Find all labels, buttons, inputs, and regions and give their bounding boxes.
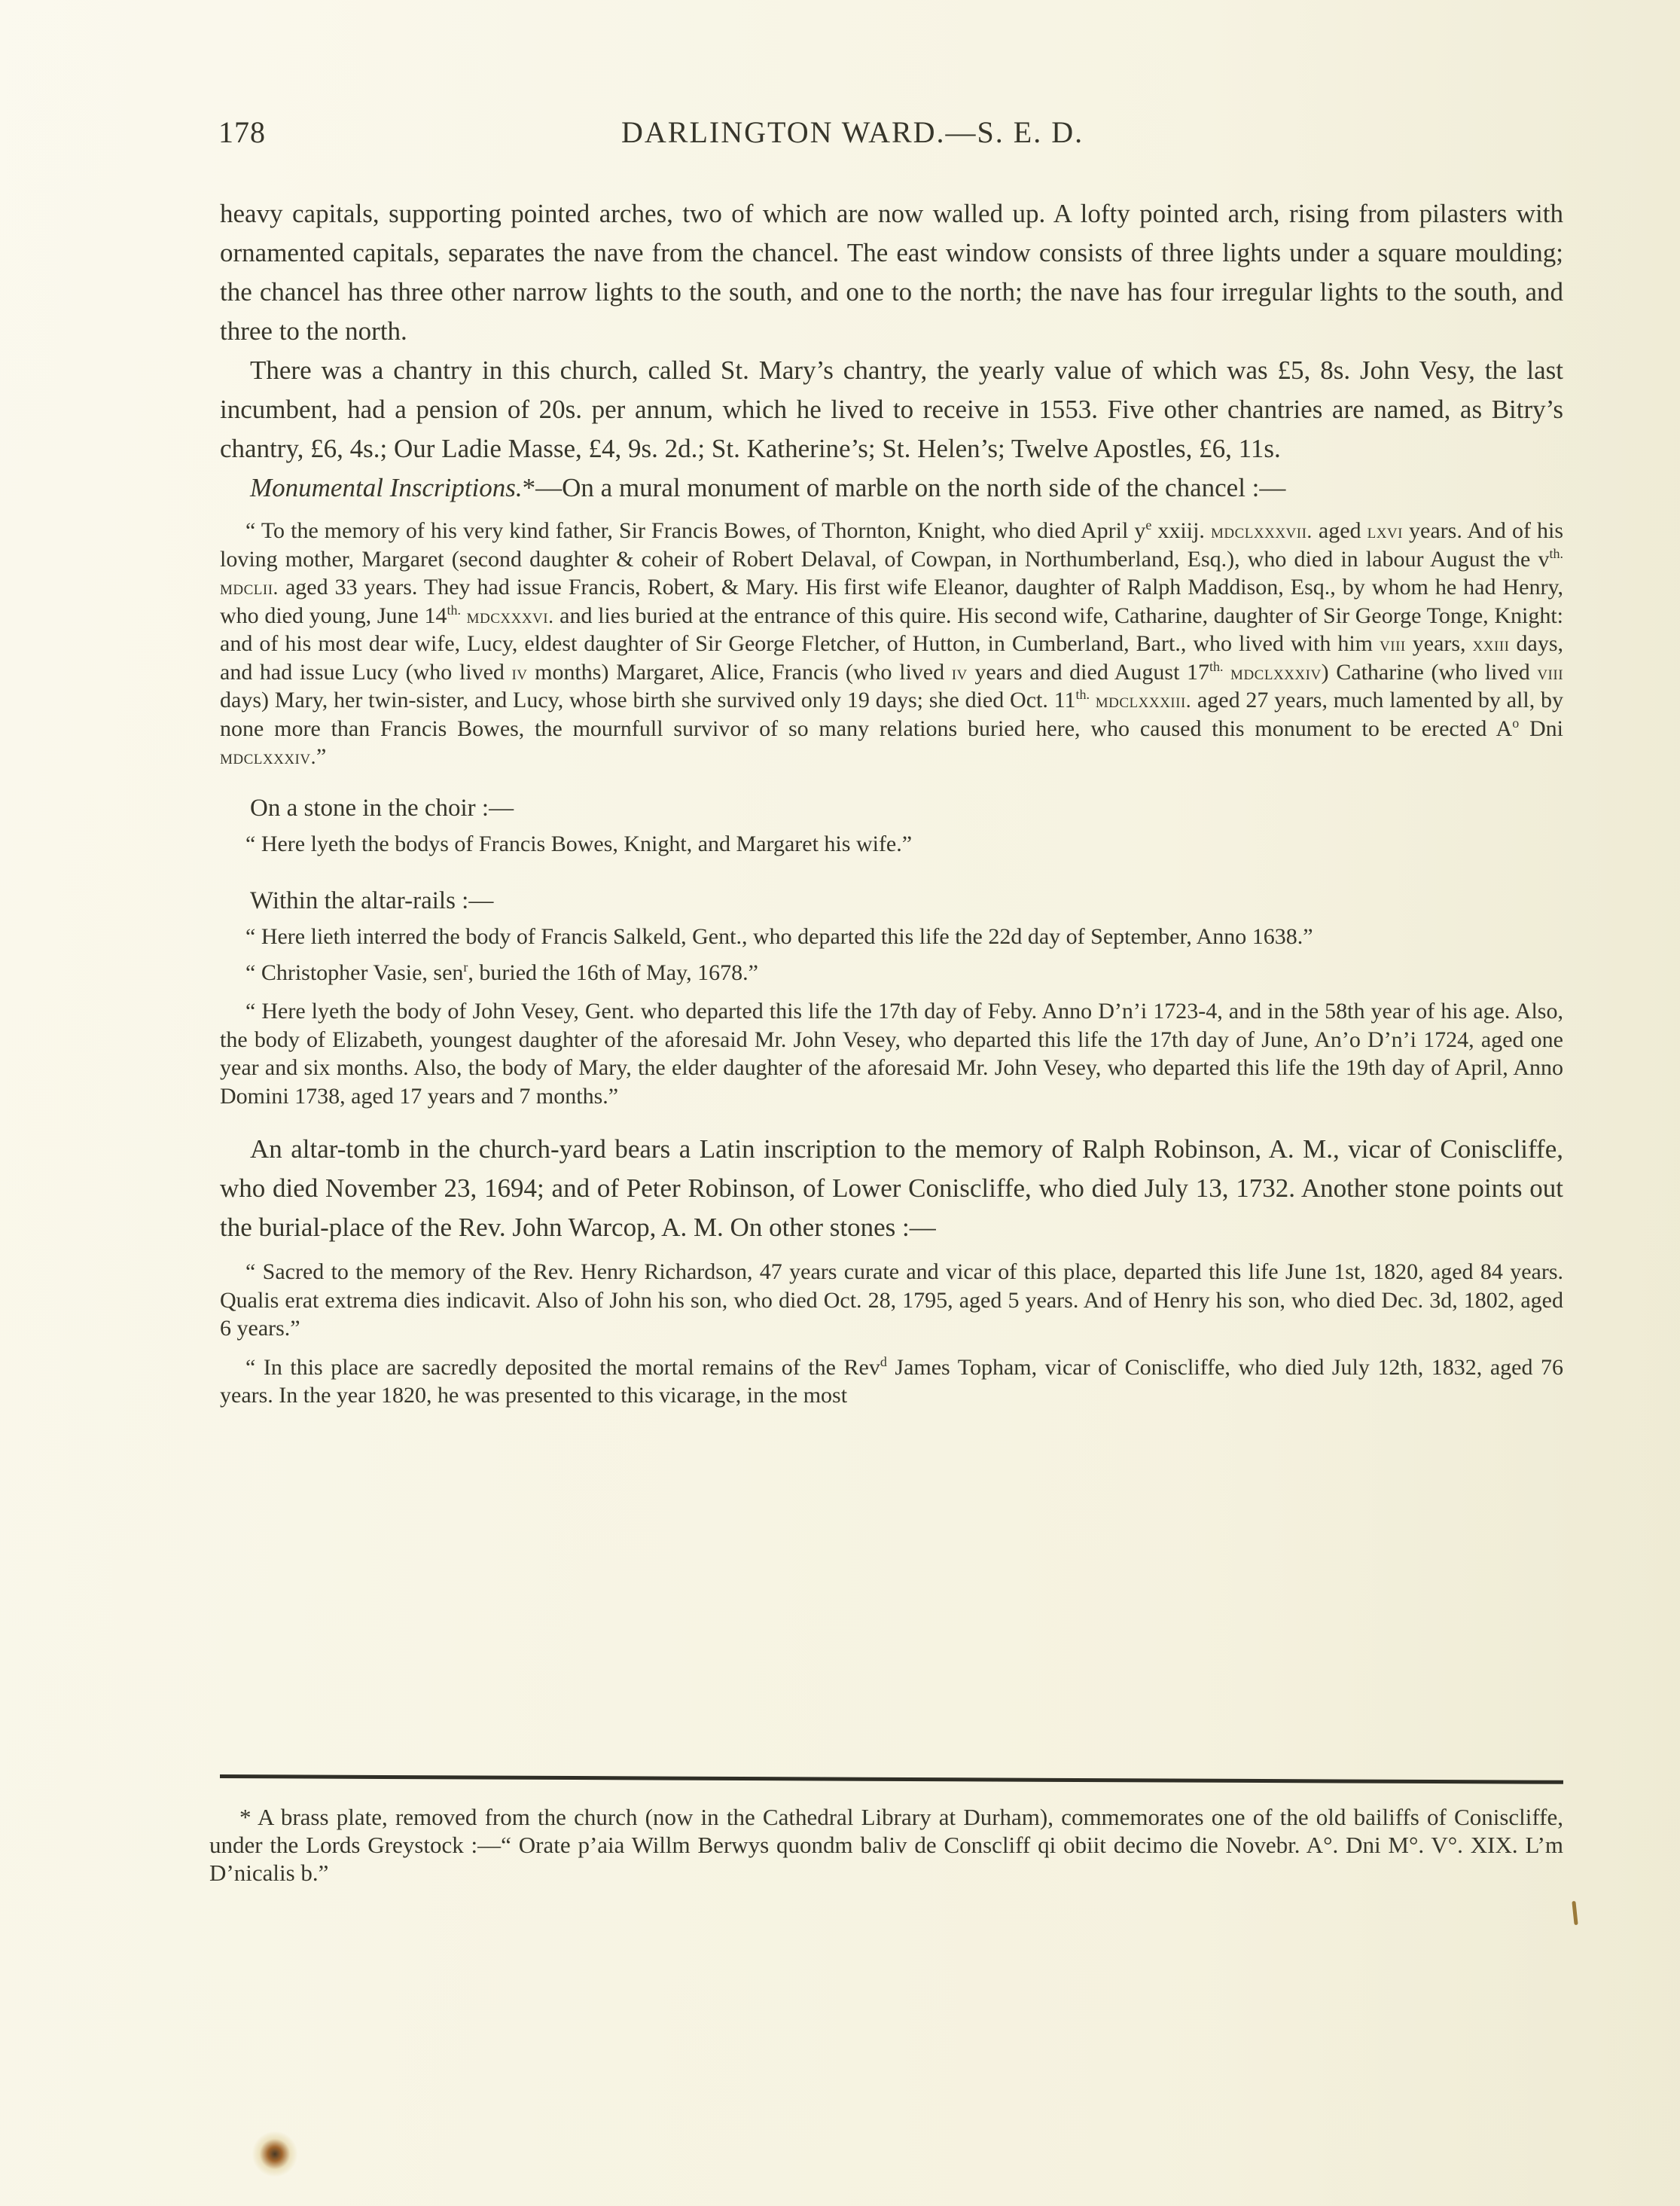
page-number: 178 — [218, 114, 266, 150]
footnote-divider — [220, 1774, 1563, 1784]
section-intro: *—On a mural monument of marble on the n… — [523, 473, 1286, 502]
footnote-brass-plate: * A brass plate, removed from the church… — [209, 1803, 1563, 1887]
inscription-topham: “ In this place are sacredly deposited t… — [220, 1353, 1563, 1410]
section-title-monumental-inscriptions: Monumental Inscriptions. — [250, 473, 523, 502]
paragraph-chantry: There was a chantry in this church, call… — [220, 351, 1563, 468]
paragraph-church-description: heavy capitals, supporting pointed arche… — [220, 194, 1563, 351]
paper-stain — [252, 2131, 297, 2177]
page-header: 178 DARLINGTON WARD.—S. E. D. — [218, 114, 1566, 160]
inscription-richardson: “ Sacred to the memory of the Rev. Henry… — [220, 1258, 1563, 1343]
footnote: * A brass plate, removed from the church… — [209, 1803, 1563, 1887]
paper-mark — [1572, 1901, 1578, 1925]
inscription-vesey: “ Here lyeth the body of John Vesey, Gen… — [220, 997, 1563, 1110]
paragraph-altar-tomb: An altar-tomb in the church-yard bears a… — [220, 1130, 1563, 1247]
running-head: DARLINGTON WARD.—S. E. D. — [621, 114, 1084, 150]
paragraph-monumental-inscriptions: Monumental Inscriptions.*—On a mural mon… — [220, 468, 1563, 508]
inscription-choir: “ Here lyeth the bodys of Francis Bowes,… — [220, 830, 1563, 859]
inscription-salkeld: “ Here lieth interred the body of Franci… — [220, 923, 1563, 951]
label-stone-in-choir: On a stone in the choir :— — [220, 791, 1563, 825]
inscription-bowes-mural: “ To the memory of his very kind father,… — [220, 517, 1563, 771]
main-text: heavy capitals, supporting pointed arche… — [220, 194, 1563, 1410]
inscription-vasie: “ Christopher Vasie, senr, buried the 16… — [220, 959, 1563, 987]
label-altar-rails: Within the altar-rails :— — [220, 883, 1563, 918]
